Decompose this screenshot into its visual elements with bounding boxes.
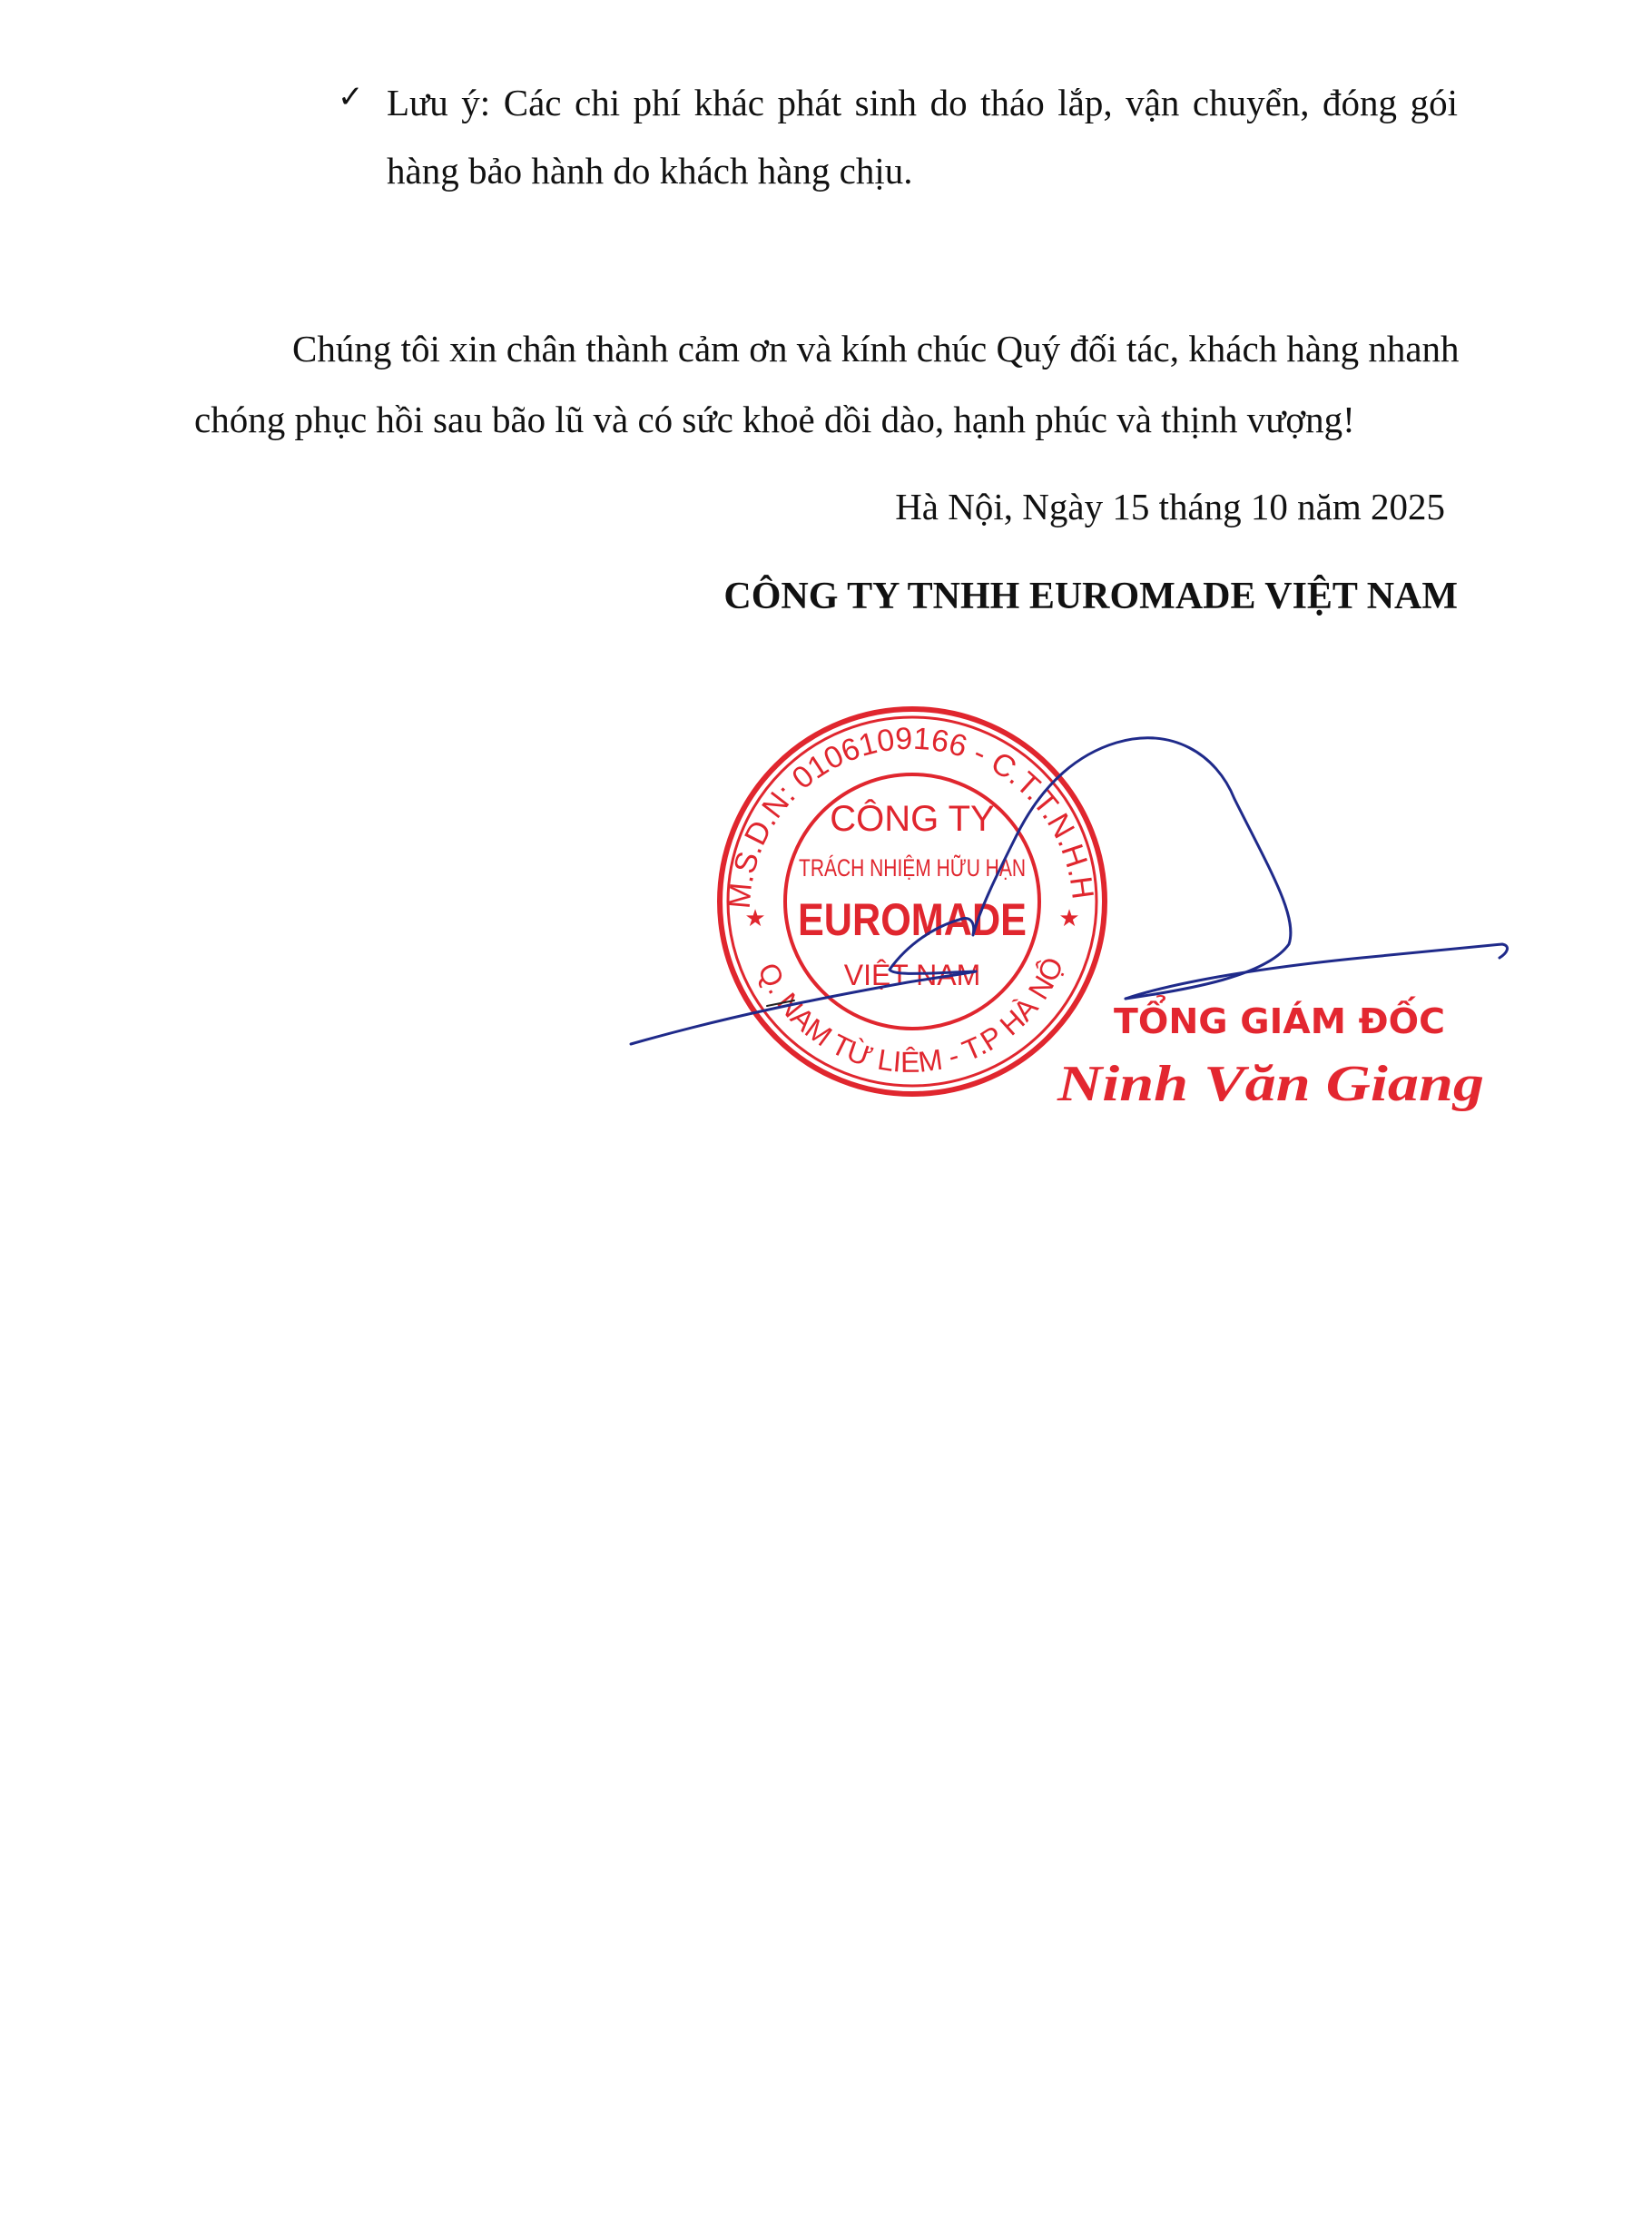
- signatory-name: Ninh Văn Giang: [1057, 1056, 1484, 1112]
- thanks-paragraph-line-2: chóng phục hồi sau bão lũ và có sức khoẻ…: [194, 401, 1355, 439]
- handwritten-signature: [631, 738, 1508, 1044]
- signatory-title: TỔNG GIÁM ĐỐC: [1114, 996, 1445, 1041]
- stamp-center-line-2: TRÁCH NHIỆM HỮU HẠN: [799, 853, 1026, 882]
- stamp-ring-top-text: M.S.D.N: 0106109166 - C.T.T.N.H.H: [723, 722, 1100, 911]
- stamp-center-line-4: VIỆT NAM: [844, 959, 981, 991]
- dateline: Hà Nội, Ngày 15 tháng 10 năm 2025: [895, 488, 1445, 526]
- thanks-paragraph-line-1: Chúng tôi xin chân thành cảm ơn và kính …: [292, 330, 1458, 368]
- stamp-center-line-3: EUROMADE: [798, 894, 1027, 945]
- company-name: CÔNG TY TNHH EUROMADE VIỆT NAM: [723, 577, 1458, 616]
- note-line-1: Lưu ý: Các chi phí khác phát sinh do thá…: [387, 84, 1458, 122]
- note-line-2: hàng bảo hành do khách hàng chịu.: [387, 153, 913, 190]
- stamp-star-left-icon: ★: [744, 904, 765, 931]
- checkmark-icon: ✓: [338, 82, 364, 113]
- stamp-center-line-1: CÔNG TY: [830, 798, 995, 839]
- stamp-star-right-icon: ★: [1058, 904, 1079, 931]
